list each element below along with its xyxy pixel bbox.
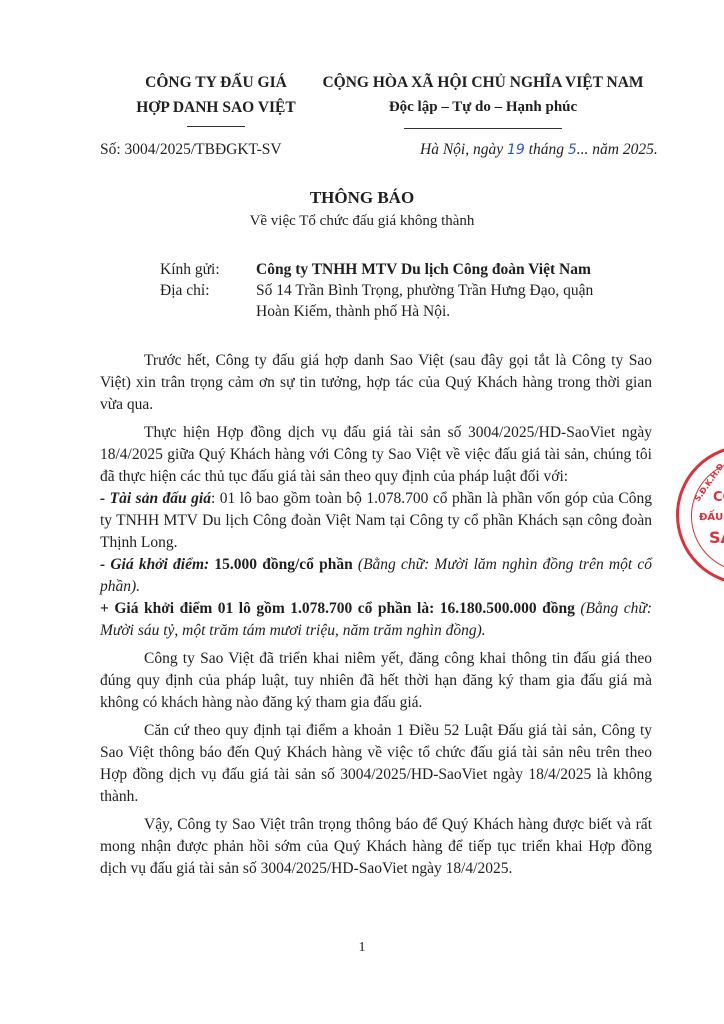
date-prefix: Hà Nội, ngày [420,141,507,158]
paragraph-contract: Thực hiện Hợp đồng dịch vụ đấu giá tài s… [100,422,652,488]
date-month-label: tháng [525,141,568,158]
lot-price: + Giá khởi điểm 01 lô gồm 1.078.700 cổ p… [100,600,575,617]
price-item: - Giá khởi điểm: 15.000 đồng/cổ phần (Bằ… [100,554,652,598]
date-suffix: ... năm 2025. [577,141,658,158]
address-value: Số 14 Trần Bình Trọng, phường Trần Hưng … [256,280,616,322]
asset-label: - Tài sản đấu giá [100,490,211,507]
nation-motto: Độc lập – Tự do – Hạnh phúc [308,95,658,120]
motto-divider [404,128,562,129]
recipient-block: Kính gửi: Công ty TNHH MTV Du lịch Công … [160,259,616,322]
address-label: Địa chỉ: [160,280,256,322]
issuer-name-line2: HỢP DANH SAO VIỆT [116,95,316,120]
paragraph-greeting: Trước hết, Công ty đấu giá hợp danh Sao … [100,350,652,416]
lot-price-item: + Giá khởi điểm 01 lô gồm 1.078.700 cổ p… [100,598,652,642]
national-heading: CỘNG HÒA XÃ HỘI CHỦ NGHĨA VIỆT NAM Độc l… [308,70,658,129]
document-title: THÔNG BÁO [0,188,724,208]
issuer-block: CÔNG TY ĐẤU GIÁ HỢP DANH SAO VIỆT [116,70,316,127]
recipient-name: Công ty TNHH MTV Du lịch Công đoàn Việt … [256,259,616,280]
recipient-label: Kính gửi: [160,259,256,280]
price-label: - Giá khởi điểm: [100,556,209,573]
paragraph-no-bidders: Công ty Sao Việt đã triển khai niêm yết,… [100,648,652,714]
date-line: Hà Nội, ngày 19 tháng 5... năm 2025. [420,141,658,159]
asset-item: - Tài sản đấu giá: 01 lô bao gồm toàn bộ… [100,488,652,554]
paragraph-closing: Vậy, Công ty Sao Việt trân trọng thông b… [100,814,652,880]
company-seal-stamp: S.Đ.K.H.Đ CÔ ĐẤU G SA [676,445,724,585]
date-month-handwritten: 5 [568,142,577,158]
date-day-handwritten: 19 [507,142,525,158]
stamp-text-line2: ĐẤU G [699,512,724,523]
price-value: 15.000 đồng/cổ phần [209,556,353,573]
document-number: Số: 3004/2025/TBĐGKT-SV [100,141,282,159]
issuer-name-line1: CÔNG TY ĐẤU GIÁ [116,70,316,95]
nation-name: CỘNG HÒA XÃ HỘI CHỦ NGHĨA VIỆT NAM [308,70,658,95]
stamp-text-line1: CÔ [713,490,724,505]
page-number: 1 [0,940,724,956]
document-subtitle: Về việc Tổ chức đấu giá không thành [0,213,724,230]
issuer-divider [187,126,245,127]
paragraph-legal-basis: Căn cứ theo quy định tại điểm a khoản 1 … [100,720,652,808]
document-page: CÔNG TY ĐẤU GIÁ HỢP DANH SAO VIỆT CỘNG H… [0,0,724,1024]
stamp-text-line3: SA [709,528,724,547]
document-body: Trước hết, Công ty đấu giá hợp danh Sao … [100,350,652,886]
